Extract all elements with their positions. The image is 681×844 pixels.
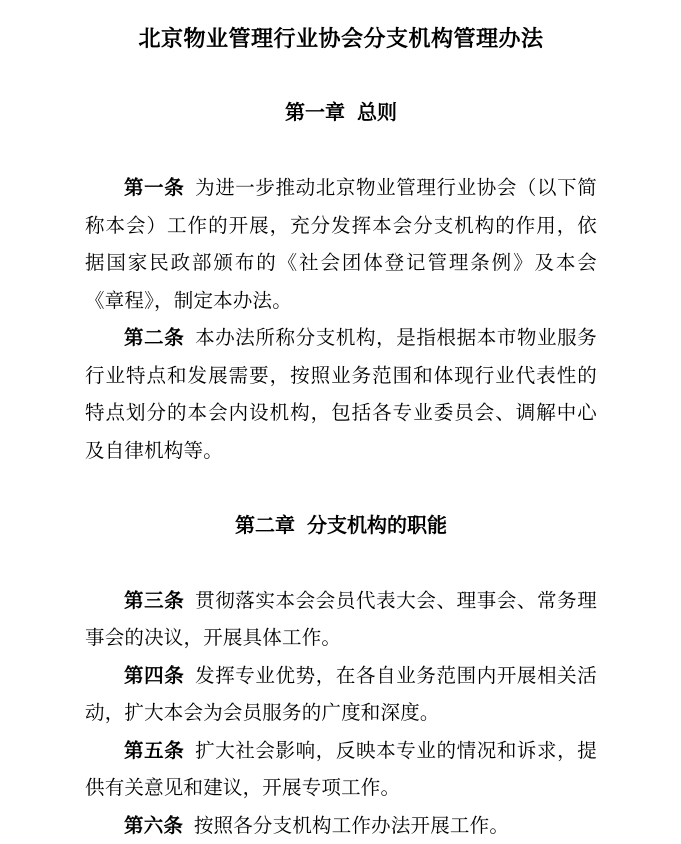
chapter-2-section: 第二章分支机构的职能 第三条贯彻落实本会会员代表大会、理事会、常务理事会的决议，… <box>85 508 597 844</box>
article-1-label: 第一条 <box>124 178 184 199</box>
article-2: 第二条本办法所称分支机构，是指根据本市物业服务行业特点和发展需要，按照业务范围和… <box>85 320 597 470</box>
chapter-2-heading: 第二章分支机构的职能 <box>85 508 597 546</box>
article-5-label: 第五条 <box>124 741 184 762</box>
chapter-2-number: 第二章 <box>235 515 295 537</box>
chapter-1-section: 第一章总则 第一条为进一步推动北京物业管理行业协会（以下简称本会）工作的开展，充… <box>85 95 597 470</box>
article-3: 第三条贯彻落实本会会员代表大会、理事会、常务理事会的决议，开展具体工作。 <box>85 583 597 658</box>
article-6-text: 按照各分支机构工作办法开展工作。 <box>194 816 509 837</box>
chapter-1-name: 总则 <box>357 102 397 124</box>
article-5: 第五条扩大社会影响，反映本专业的情况和诉求，提供有关意见和建议，开展专项工作。 <box>85 733 597 808</box>
chapter-1-number: 第一章 <box>285 102 345 124</box>
article-6: 第六条按照各分支机构工作办法开展工作。 <box>85 808 597 844</box>
article-6-label: 第六条 <box>124 816 183 837</box>
document-page: 北京物业管理行业协会分支机构管理办法 第一章总则 第一条为进一步推动北京物业管理… <box>0 0 681 844</box>
article-1: 第一条为进一步推动北京物业管理行业协会（以下简称本会）工作的开展，充分发挥本会分… <box>85 170 597 320</box>
chapter-2-name: 分支机构的职能 <box>307 515 447 537</box>
article-2-label: 第二条 <box>124 328 184 349</box>
article-4-label: 第四条 <box>124 666 184 687</box>
chapter-1-heading: 第一章总则 <box>85 95 597 133</box>
document-title: 北京物业管理行业协会分支机构管理办法 <box>85 20 597 58</box>
article-4: 第四条发挥专业优势，在各自业务范围内开展相关活动，扩大本会为会员服务的广度和深度… <box>85 658 597 733</box>
article-3-label: 第三条 <box>124 591 184 612</box>
